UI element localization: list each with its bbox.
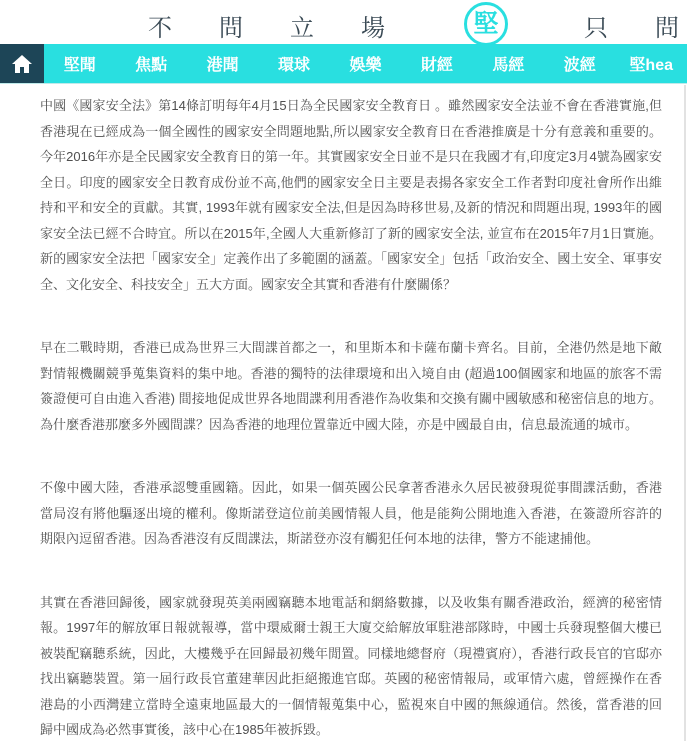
nav-item[interactable]: 財經 — [401, 52, 472, 75]
home-button[interactable] — [0, 44, 44, 83]
site-logo[interactable]: 堅 — [464, 2, 508, 46]
article-paragraph: 其實在香港回歸後，國家就發現英美兩國竊聽本地電話和網絡數據，以及收集有關香港政治… — [40, 590, 662, 741]
article-paragraph: 中國《國家安全法》第14條訂明每年4月15日為全民國家安全教育日 。雖然國家安全… — [40, 93, 662, 297]
slogan-left: 不問立場 — [148, 8, 432, 43]
site-header: 不問立場 堅 只問 — [0, 0, 687, 44]
nav-item[interactable]: 焦點 — [115, 52, 186, 75]
page-right-border — [684, 85, 686, 741]
nav-item[interactable]: 港聞 — [187, 52, 258, 75]
nav-item[interactable]: 環球 — [258, 52, 329, 75]
logo-character: 堅 — [473, 12, 498, 37]
nav-item[interactable]: 馬經 — [473, 52, 544, 75]
nav-item[interactable]: 堅聞 — [44, 52, 115, 75]
nav-item[interactable]: 波經 — [544, 52, 615, 75]
article-body: 中國《國家安全法》第14條訂明每年4月15日為全民國家安全教育日 。雖然國家安全… — [0, 93, 687, 741]
nav-item[interactable]: 娛樂 — [330, 52, 401, 75]
main-nav: 堅聞焦點港聞環球娛樂財經馬經波經堅hea — [0, 44, 687, 84]
home-icon — [12, 55, 32, 73]
article-paragraph: 早在二戰時期，香港已成為世界三大間諜首都之一，和里斯本和卡薩布蘭卡齊名。目前，全… — [40, 335, 662, 437]
nav-item[interactable]: 堅hea — [616, 52, 687, 75]
slogan-right: 只問 — [584, 8, 687, 43]
article-paragraph: 不像中國大陸，香港承認雙重國籍。因此，如果一個英國公民拿著香港永久居民被發現從事… — [40, 475, 662, 552]
nav-items: 堅聞焦點港聞環球娛樂財經馬經波經堅hea — [44, 44, 687, 83]
